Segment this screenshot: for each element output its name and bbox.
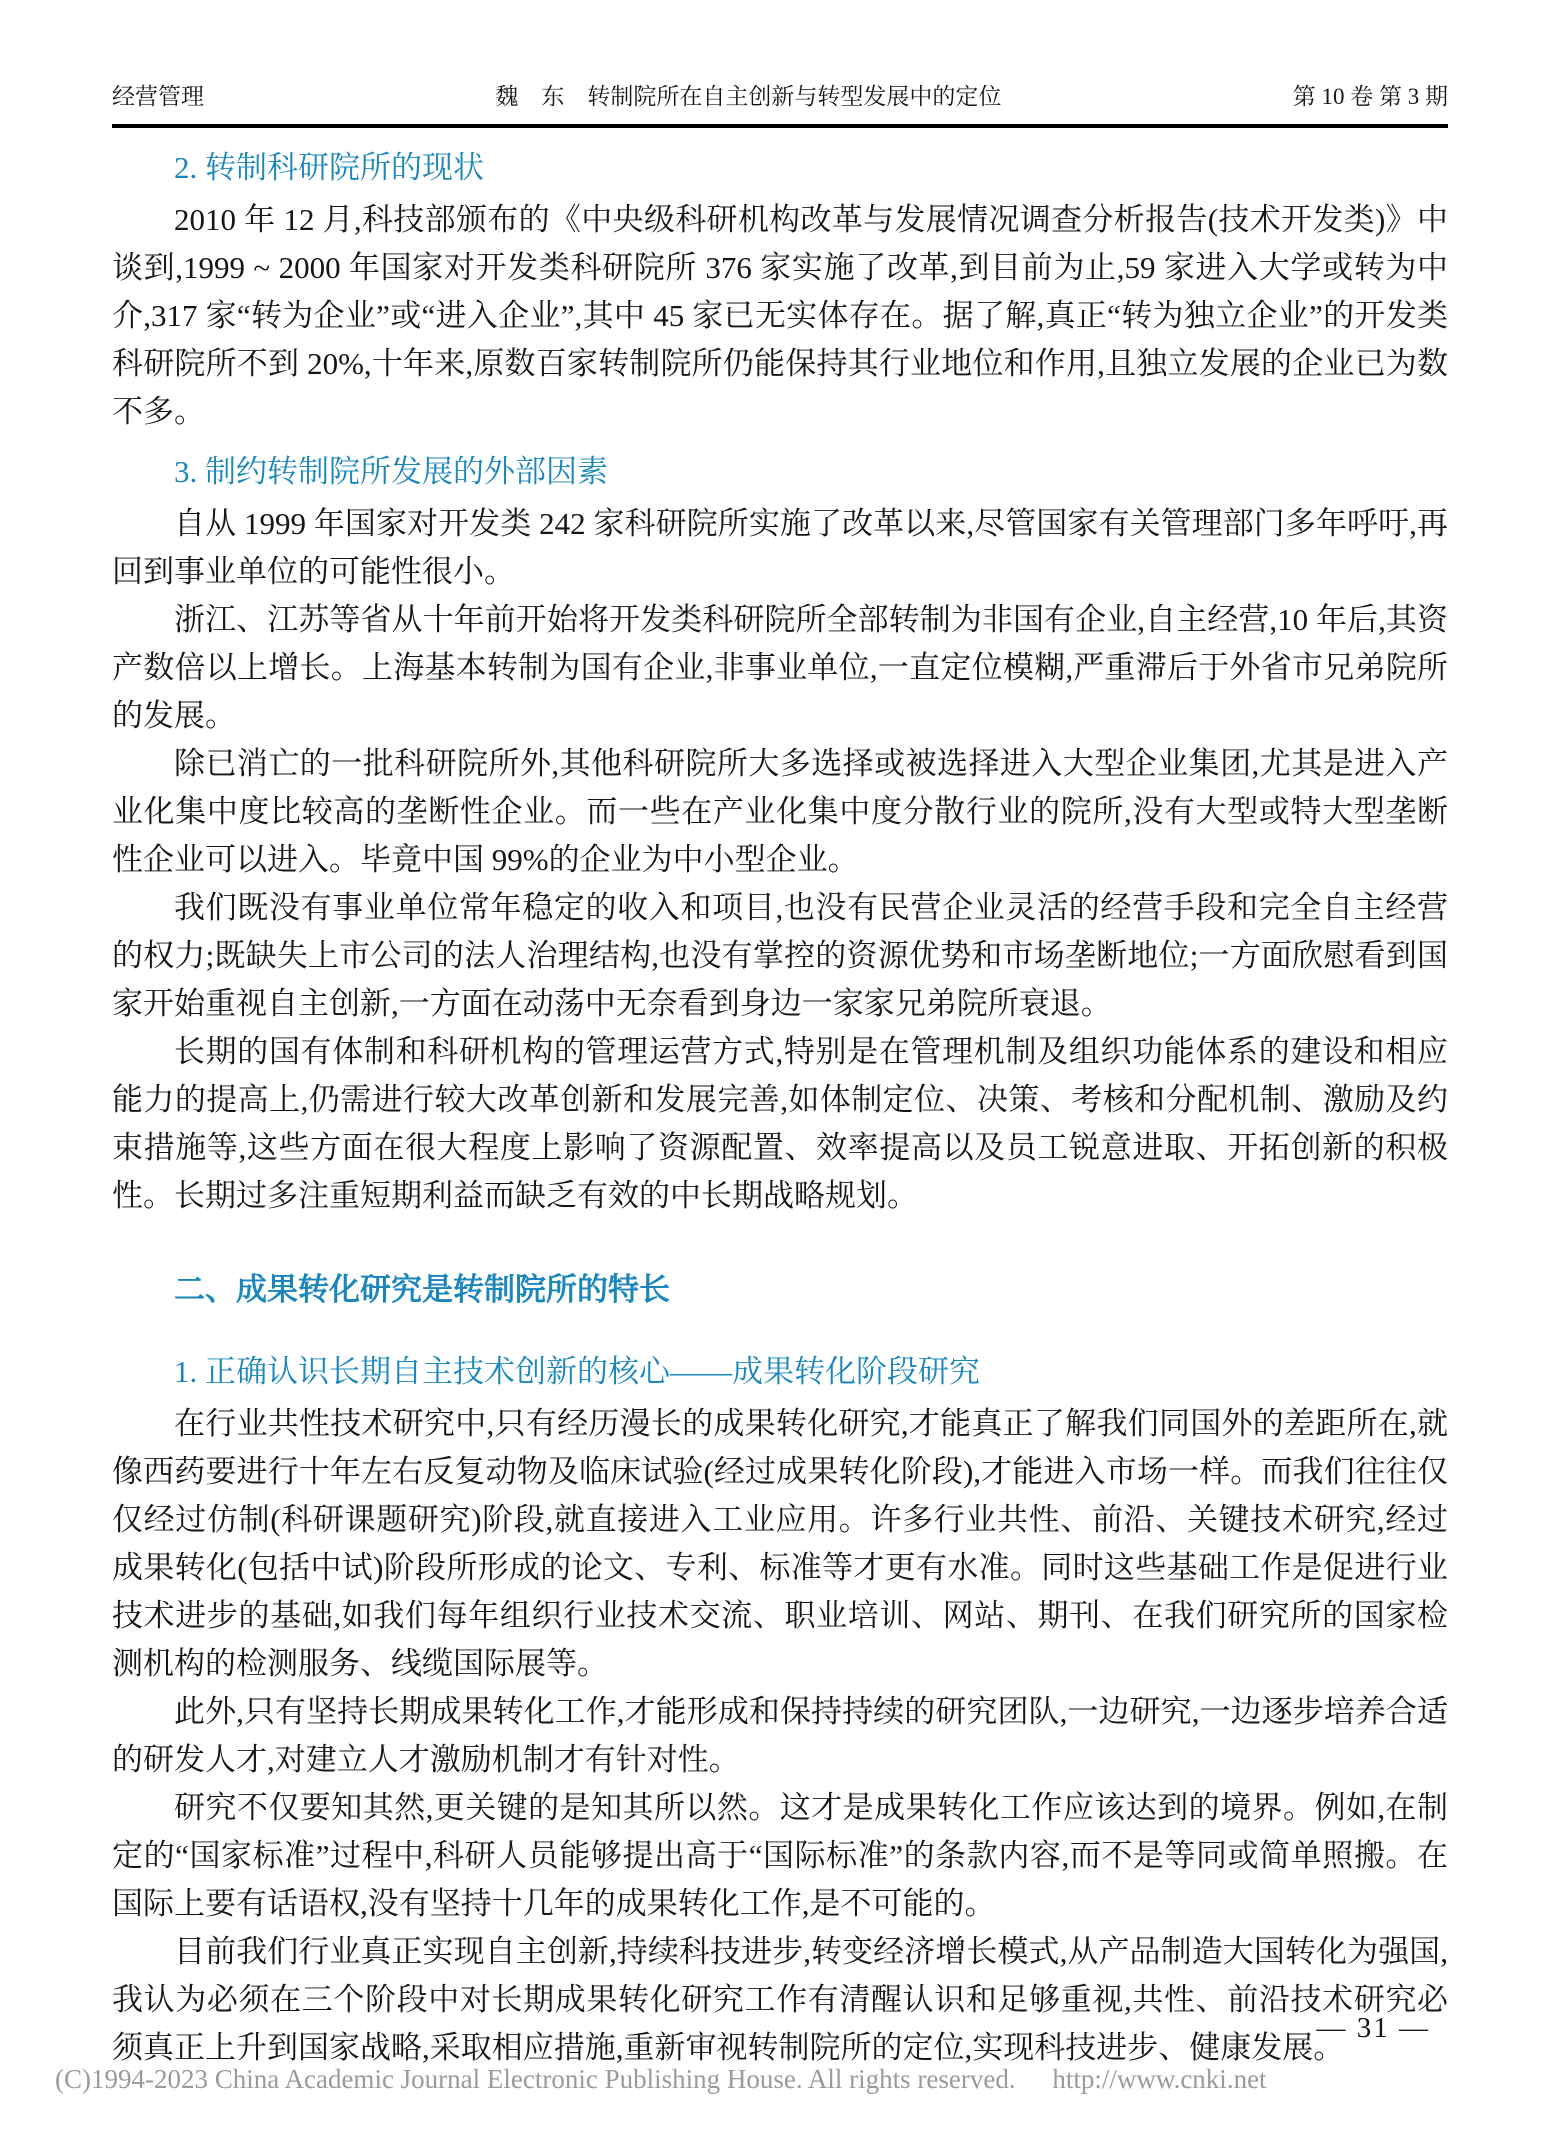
header-volume-issue: 第 10 卷 第 3 期 [1293,84,1448,110]
section-heading-2: 2. 转制科研院所的现状 [112,144,1448,192]
cnki-url: http://www.cnki.net [1052,2064,1266,2094]
chapter-heading-2: 二、成果转化研究是转制院所的特长 [112,1266,1448,1314]
paragraph: 浙江、江苏等省从十年前开始将开发类科研院所全部转制为非国有企业,自主经营,10 … [112,596,1448,740]
header-article-title: 魏 东 转制院所在自主创新与转型发展中的定位 [204,84,1293,110]
paragraph: 目前我们行业真正实现自主创新,持续科技进步,转变经济增长模式,从产品制造大国转化… [112,1928,1448,2072]
page-number: — 31 — [1317,2012,1431,2045]
section-heading-3: 3. 制约转制院所发展的外部因素 [112,448,1448,496]
header-divider-rule [112,124,1448,128]
paragraph: 在行业共性技术研究中,只有经历漫长的成果转化研究,才能真正了解我们同国外的差距所… [112,1400,1448,1688]
article-body: 2. 转制科研院所的现状 2010 年 12 月,科技部颁布的《中央级科研机构改… [112,144,1448,2072]
paragraph: 长期的国有体制和科研机构的管理运营方式,特别是在管理机制及组织功能体系的建设和相… [112,1028,1448,1220]
paragraph: 自从 1999 年国家对开发类 242 家科研院所实施了改革以来,尽管国家有关管… [112,500,1448,596]
copyright-text: (C)1994-2023 China Academic Journal Elec… [55,2064,1016,2094]
paragraph: 我们既没有事业单位常年稳定的收入和项目,也没有民营企业灵活的经营手段和完全自主经… [112,884,1448,1028]
copyright-notice: (C)1994-2023 China Academic Journal Elec… [55,2064,1485,2095]
header-column-name: 经营管理 [112,84,204,110]
paragraph: 除已消亡的一批科研院所外,其他科研院所大多选择或被选择进入大型企业集团,尤其是进… [112,740,1448,884]
page-header: 经营管理 魏 东 转制院所在自主创新与转型发展中的定位 第 10 卷 第 3 期 [112,84,1448,110]
paragraph: 2010 年 12 月,科技部颁布的《中央级科研机构改革与发展情况调查分析报告(… [112,196,1448,436]
journal-page: 经营管理 魏 东 转制院所在自主创新与转型发展中的定位 第 10 卷 第 3 期… [0,0,1542,2153]
section-heading-1: 1. 正确认识长期自主技术创新的核心——成果转化阶段研究 [112,1348,1448,1396]
paragraph: 此外,只有坚持长期成果转化工作,才能形成和保持持续的研究团队,一边研究,一边逐步… [112,1688,1448,1784]
paragraph: 研究不仅要知其然,更关键的是知其所以然。这才是成果转化工作应该达到的境界。例如,… [112,1784,1448,1928]
